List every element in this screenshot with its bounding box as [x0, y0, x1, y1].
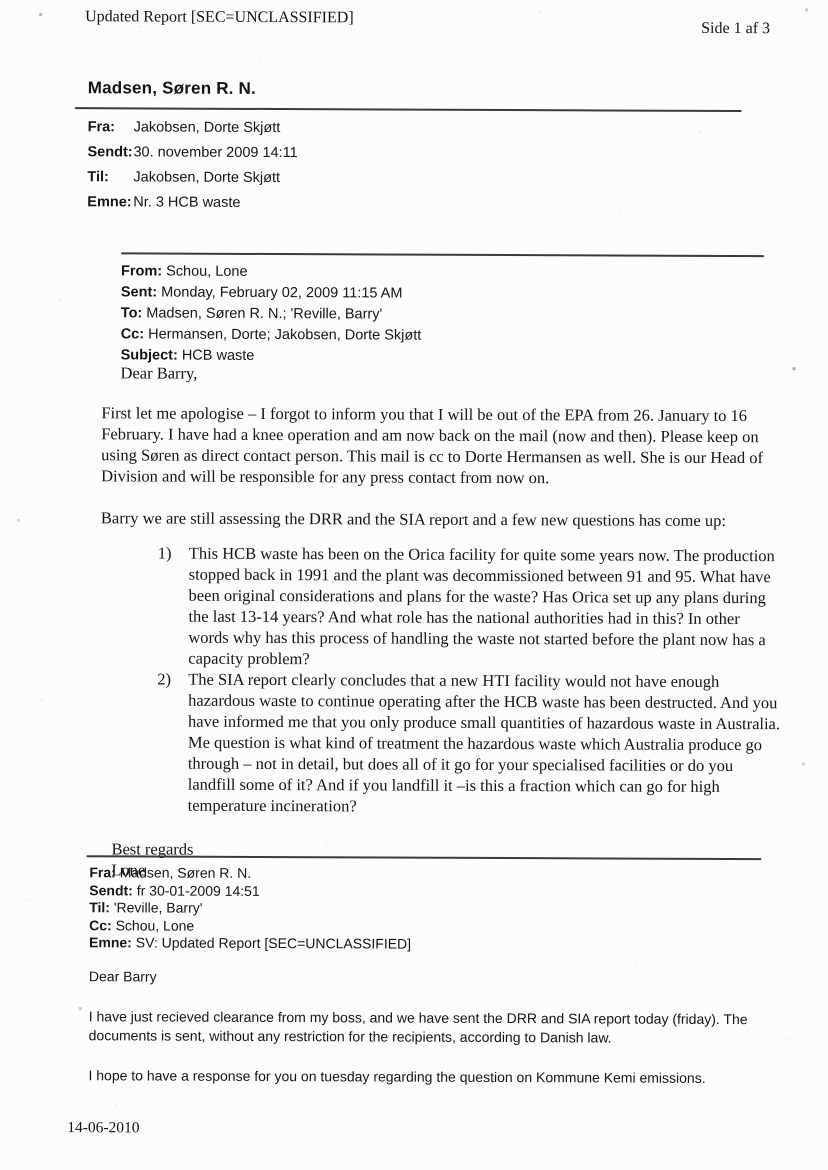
numbered-list: 1) This HCB waste has been on the Orica …	[100, 542, 787, 818]
list-item-text: This HCB waste has been on the Orica fac…	[188, 543, 784, 672]
field-row-cc: Cc: Hermansen, Dorte; Jakobsen, Dorte Sk…	[121, 324, 764, 348]
field-label: Fra:	[89, 864, 116, 880]
field-value: Schou, Lone	[166, 264, 248, 280]
field-value: HCB waste	[182, 348, 255, 364]
field-label: Fra:	[88, 119, 134, 135]
quoted-email-header-fields: From: Schou, Lone Sent: Monday, February…	[121, 261, 764, 369]
list-item-text: The SIA report clearly concludes that a …	[188, 669, 784, 819]
divider-line	[121, 252, 764, 257]
page-number: Side 1 af 3	[701, 20, 770, 38]
list-item: 2) The SIA report clearly concludes that…	[157, 669, 787, 819]
field-label: Til:	[89, 899, 110, 915]
footer-date: 14-06-2010	[67, 1119, 139, 1137]
field-value: fr 30-01-2009 14:51	[137, 882, 260, 899]
field-row-to: To: Madsen, Søren R. N.; 'Reville, Barry…	[121, 303, 764, 327]
field-row-fra: Fra:Jakobsen, Dorte Skjøtt	[88, 119, 742, 138]
field-row-sent: Sent: Monday, February 02, 2009 11:15 AM	[121, 282, 764, 306]
field-label: Cc:	[121, 326, 144, 342]
quoted-email-header-block: From: Schou, Lone Sent: Monday, February…	[121, 252, 764, 369]
email-author: Madsen, Søren R. N.	[88, 78, 742, 101]
field-label: Cc:	[89, 917, 112, 933]
field-label: Subject:	[121, 347, 178, 363]
paragraph: I hope to have a response for you on tue…	[88, 1067, 760, 1086]
field-label: To:	[121, 305, 143, 321]
field-label: Emne:	[89, 934, 132, 950]
paragraph: I have just recieved clearance from my b…	[89, 1007, 757, 1048]
scan-noise	[0, 0, 1, 1]
reply-email-header-fields: Fra: Madsen, Søren R. N. Sendt: fr 30-01…	[89, 864, 761, 954]
field-value: Jakobsen, Dorte Skjøtt	[134, 119, 281, 136]
field-value: Nr. 3 HCB waste	[133, 194, 240, 210]
field-value: Madsen, Søren R. N.	[120, 864, 252, 881]
field-row-emne: Emne: SV: Updated Report [SEC=UNCLASSIFI…	[89, 934, 761, 954]
field-row-sendt: Sendt:30. november 2009 14:11	[87, 144, 741, 163]
field-label: From:	[121, 263, 162, 279]
field-value: Madsen, Søren R. N.; 'Reville, Barry'	[146, 305, 382, 322]
scanned-document-page: Updated Report [SEC=UNCLASSIFIED] Side 1…	[0, 0, 828, 1170]
field-label: Sendt:	[87, 144, 133, 160]
greeting: Dear Barry	[89, 968, 761, 987]
greeting: Dear Barry,	[121, 362, 788, 386]
paragraph: Barry we are still assessing the DRR and…	[101, 507, 787, 531]
field-row-from: From: Schou, Lone	[121, 261, 764, 285]
divider-line	[75, 107, 742, 112]
field-value: Hermansen, Dorte; Jakobsen, Dorte Skjøtt	[148, 326, 421, 343]
list-item-number: 1)	[157, 543, 189, 669]
field-label: Emne:	[87, 194, 133, 210]
field-value: 30. november 2009 14:11	[133, 144, 297, 161]
field-value: SV: Updated Report [SEC=UNCLASSIFIED]	[136, 934, 411, 951]
field-label: Sent:	[121, 284, 157, 300]
quoted-email-body: Dear Barry, First let me apologise – I f…	[99, 362, 787, 883]
field-row-emne: Emne:Nr. 3 HCB waste	[87, 194, 741, 213]
field-label: Sendt:	[89, 882, 133, 898]
field-value: Monday, February 02, 2009 11:15 AM	[161, 285, 402, 302]
field-value: Jakobsen, Dorte Skjøtt	[133, 169, 280, 186]
outer-email-header-fields: Fra:Jakobsen, Dorte Skjøtt Sendt:30. nov…	[87, 119, 741, 213]
page-header-title: Updated Report [SEC=UNCLASSIFIED]	[85, 8, 354, 36]
list-item-number: 2)	[157, 669, 189, 816]
field-value: 'Reville, Barry'	[114, 899, 203, 915]
field-value: Schou, Lone	[116, 917, 195, 933]
page-header: Updated Report [SEC=UNCLASSIFIED] Side 1…	[85, 8, 770, 38]
paragraph: First let me apologise – I forgot to inf…	[101, 402, 787, 489]
list-item: 1) This HCB waste has been on the Orica …	[157, 543, 787, 672]
outer-email-block: Madsen, Søren R. N. Fra:Jakobsen, Dorte …	[74, 78, 742, 222]
field-label: Til:	[87, 169, 133, 185]
reply-email-block: Fra: Madsen, Søren R. N. Sendt: fr 30-01…	[85, 855, 761, 1085]
field-row-til: Til:Jakobsen, Dorte Skjøtt	[87, 169, 741, 188]
